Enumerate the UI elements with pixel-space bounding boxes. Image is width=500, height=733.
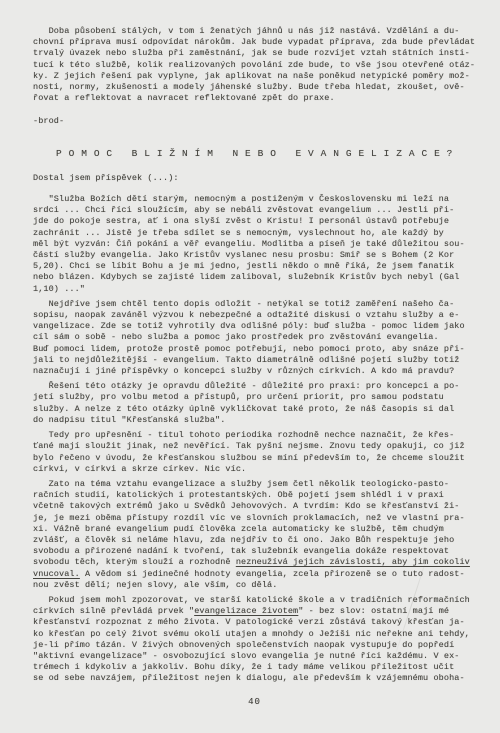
text-segment: Nejdříve jsem chtěl tento dopis odložit …: [33, 299, 465, 376]
text-segment: Řešení této otázky je opravdu důležité -…: [33, 381, 459, 425]
document-body: "Služba Božích dětí starým, nemocným a p…: [33, 194, 476, 685]
lead-in-line: Dostal jsem příspěvek (...):: [33, 173, 476, 184]
scanned-document-page: Doba působení stálých, v tom i ženatých …: [0, 0, 500, 733]
text-segment: " - bez slov: ostatní mají mé křesťanstv…: [33, 606, 470, 683]
text-segment: A vědom si jedinečné hodnoty evangelia, …: [33, 569, 465, 590]
paragraph: Nejdříve jsem chtěl tento dopis odložit …: [33, 299, 476, 377]
intro-paragraph: Doba působení stálých, v tom i ženatých …: [33, 26, 476, 104]
text-segment: Tedy pro upřesnění - titul tohoto period…: [33, 430, 465, 474]
paragraph: Řešení této otázky je opravdu důležité -…: [33, 381, 476, 426]
paragraph: Pokud jsem mohl zpozorovat, ve starší ka…: [33, 595, 476, 685]
paragraph: Tedy pro upřesnění - titul tohoto period…: [33, 430, 476, 475]
page-number: 40: [33, 697, 476, 708]
text-segment: Zato na téma vztahu evangelizace a služb…: [33, 479, 465, 567]
text-segment: "Služba Božích dětí starým, nemocným a p…: [33, 194, 465, 294]
article-title: P O M O C B L I Ž N Í M N E B O E V A N …: [33, 148, 476, 159]
byline: -brod-: [33, 116, 476, 127]
paragraph: "Služba Božích dětí starým, nemocným a p…: [33, 194, 476, 295]
paragraph: Zato na téma vztahu evangelizace a služb…: [33, 479, 476, 591]
underlined-text: evangelizace životem: [194, 606, 298, 616]
